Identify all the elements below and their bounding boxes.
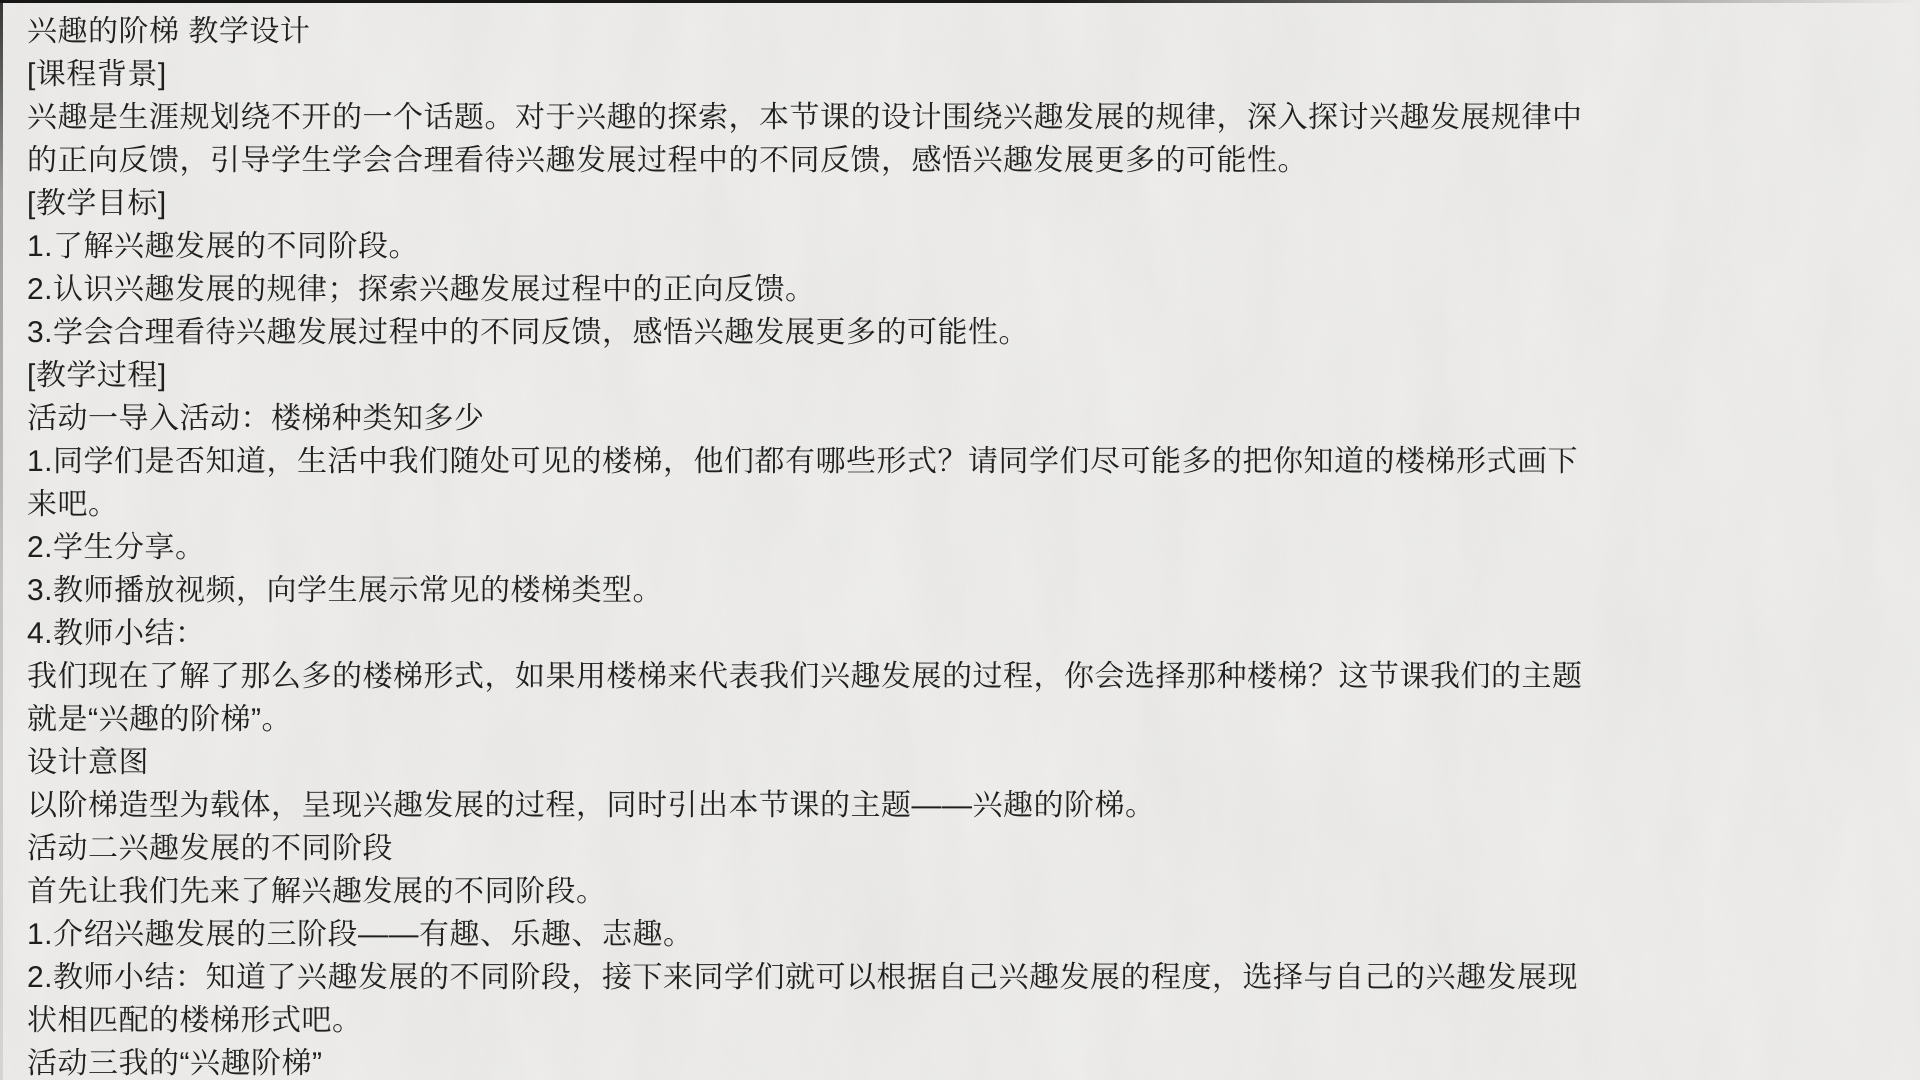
document-line: 1.介绍兴趣发展的三阶段——有趣、乐趣、志趣。 — [27, 913, 1910, 956]
activity-heading: 活动二兴趣发展的不同阶段 — [27, 827, 1910, 870]
doc-title-line: 兴趣的阶梯 教学设计 — [27, 10, 1910, 53]
scan-edge-top — [0, 0, 1920, 3]
document-line: 4.教师小结： — [27, 612, 1910, 655]
section-heading: [课程背景] — [27, 53, 1910, 96]
document-line: 的正向反馈，引导学生学会合理看待兴趣发展过程中的不同反馈，感悟兴趣发展更多的可能… — [27, 139, 1910, 182]
document-line: 我们现在了解了那么多的楼梯形式，如果用楼梯来代表我们兴趣发展的过程，你会选择那种… — [27, 655, 1910, 698]
document-line: 首先让我们先来了解兴趣发展的不同阶段。 — [27, 870, 1910, 913]
document-line: 兴趣是生涯规划绕不开的一个话题。对于兴趣的探索，本节课的设计围绕兴趣发展的规律，… — [27, 96, 1910, 139]
section-heading: [教学过程] — [27, 354, 1910, 397]
activity-heading: 活动三我的“兴趣阶梯” — [27, 1042, 1910, 1080]
document-line: 3.教师播放视频，向学生展示常见的楼梯类型。 — [27, 569, 1910, 612]
lesson-plan-document: 兴趣的阶梯 教学设计 [课程背景] 兴趣是生涯规划绕不开的一个话题。对于兴趣的探… — [27, 10, 1910, 1080]
document-line: 2.教师小结：知道了兴趣发展的不同阶段，接下来同学们就可以根据自己兴趣发展的程度… — [27, 956, 1910, 999]
document-line: 来吧。 — [27, 483, 1910, 526]
scan-edge-left — [0, 0, 3, 1080]
document-page: 兴趣的阶梯 教学设计 [课程背景] 兴趣是生涯规划绕不开的一个话题。对于兴趣的探… — [0, 0, 1920, 1080]
section-heading: [教学目标] — [27, 182, 1910, 225]
document-line: 就是“兴趣的阶梯”。 — [27, 698, 1910, 741]
document-line: 状相匹配的楼梯形式吧。 — [27, 999, 1910, 1042]
document-line: 2.学生分享。 — [27, 526, 1910, 569]
document-line: 3.学会合理看待兴趣发展过程中的不同反馈，感悟兴趣发展更多的可能性。 — [27, 311, 1910, 354]
document-line: 1.同学们是否知道，生活中我们随处可见的楼梯，他们都有哪些形式？请同学们尽可能多… — [27, 440, 1910, 483]
document-line: 以阶梯造型为载体，呈现兴趣发展的过程，同时引出本节课的主题——兴趣的阶梯。 — [27, 784, 1910, 827]
activity-heading: 活动一导入活动：楼梯种类知多少 — [27, 397, 1910, 440]
section-heading: 设计意图 — [27, 741, 1910, 784]
document-line: 1.了解兴趣发展的不同阶段。 — [27, 225, 1910, 268]
document-line: 2.认识兴趣发展的规律；探索兴趣发展过程中的正向反馈。 — [27, 268, 1910, 311]
